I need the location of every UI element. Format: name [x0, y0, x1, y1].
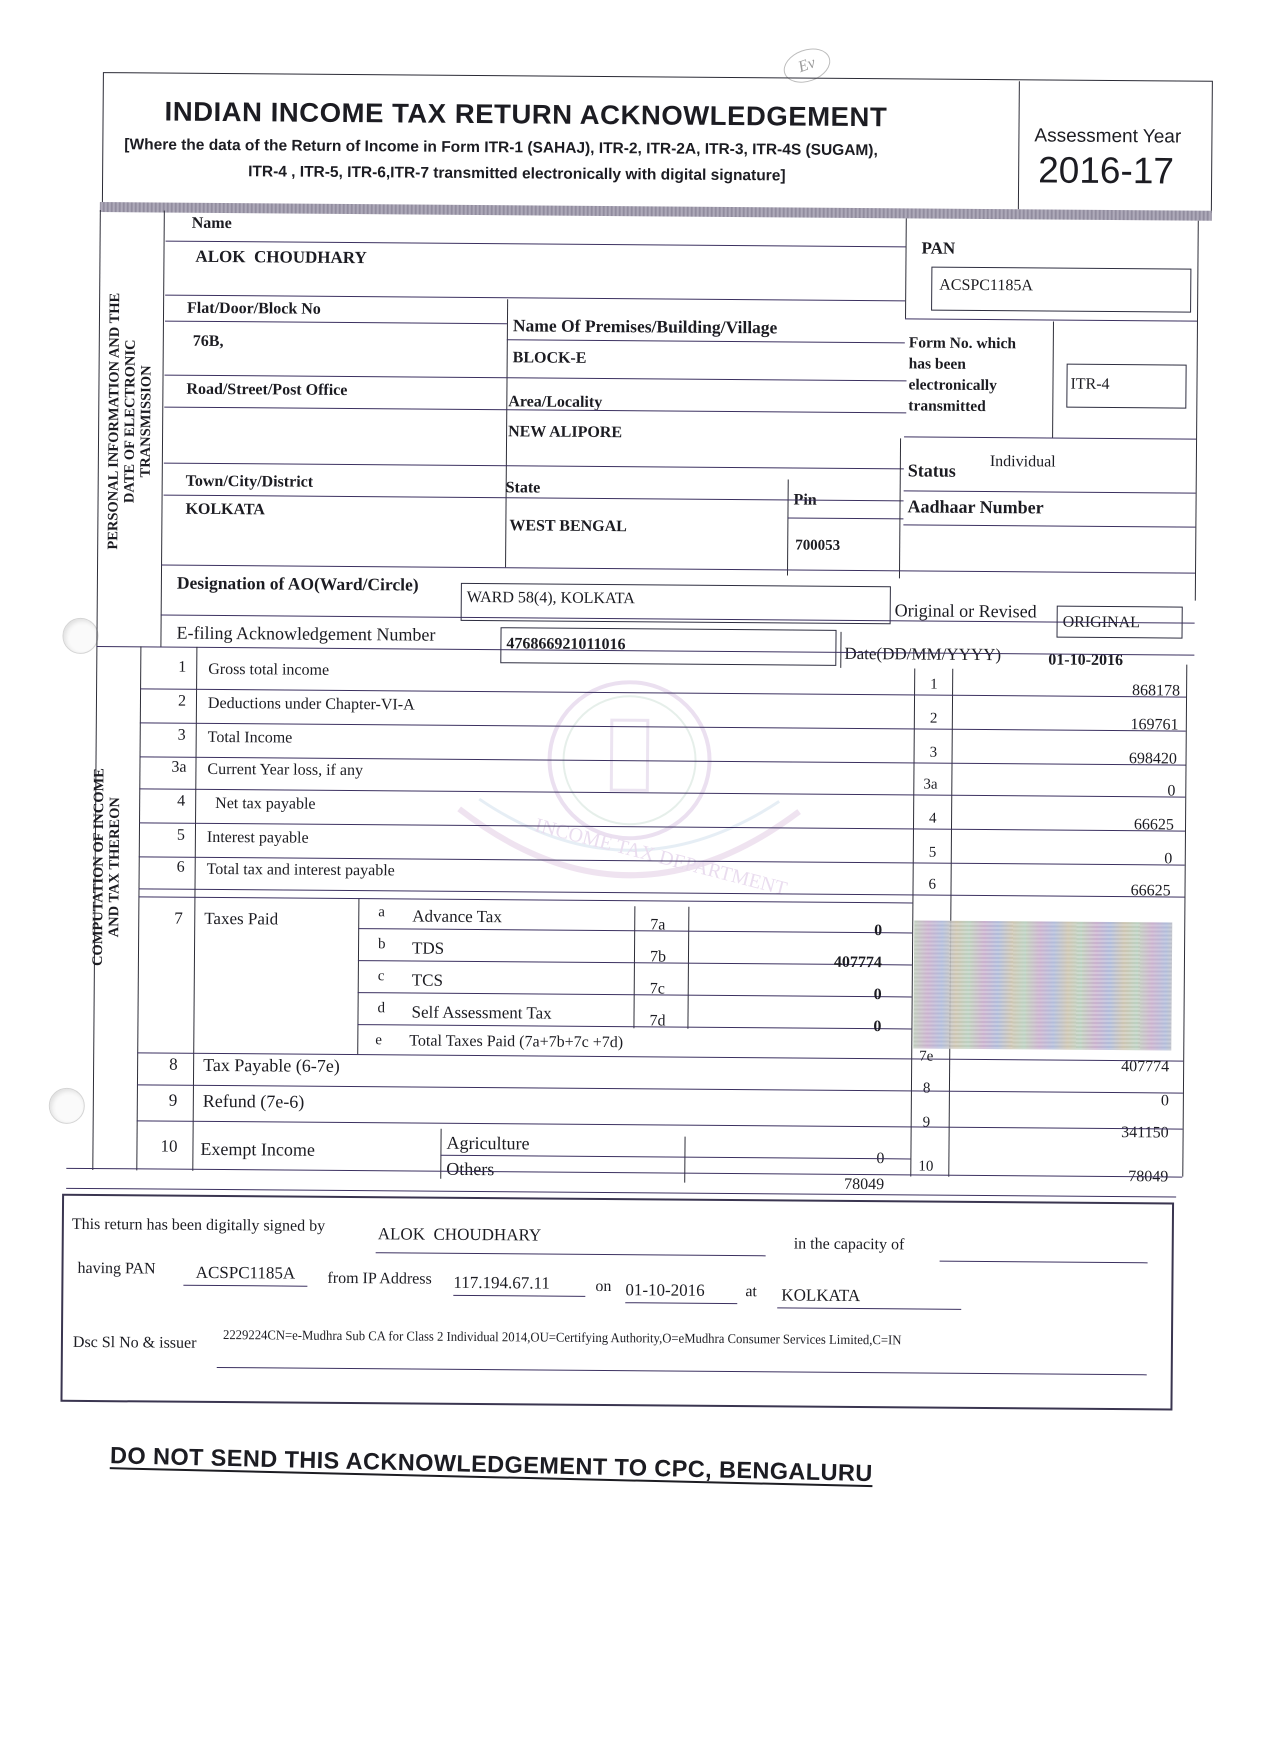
tax-payable-number: 8 — [169, 1055, 178, 1075]
ack-date-label: Date(DD/MM/YYYY) — [844, 644, 1001, 665]
computation-row-label: Net tax payable — [215, 795, 316, 814]
computation-row-ref: 4 — [929, 811, 937, 828]
town-label: Town/City/District — [186, 473, 314, 492]
status-label: Status — [908, 460, 956, 481]
flat-value: 76B, — [193, 333, 224, 351]
taxes-paid-total-label: Total Taxes Paid (7a+7b+7c +7d) — [409, 1033, 623, 1053]
computation-row-number: 2 — [178, 693, 186, 711]
punch-hole-bottom — [49, 1088, 85, 1124]
computation-row-number: 3 — [178, 727, 186, 745]
side-label-computation: COMPUTATION OF INCOME AND TAX THEREON — [90, 742, 124, 992]
computation-row-ref: 1 — [930, 677, 938, 694]
taxes-paid-item-label: Self Assessment Tax — [411, 1003, 551, 1024]
taxes-paid-items: aAdvance Tax7a0bTDS7b407774cTCS7c0dSelf … — [6, 0, 1264, 5]
ip-address-label: from IP Address — [327, 1270, 431, 1289]
town-value: KOLKATA — [185, 501, 265, 520]
original-revised-label: Original or Revised — [895, 600, 1037, 622]
row-line — [161, 565, 1195, 574]
state-value: WEST BENGAL — [509, 517, 627, 536]
form-no-divider — [1052, 322, 1054, 438]
computation-row-value: 0 — [1167, 782, 1175, 800]
taxes-paid-item-letter: a — [378, 904, 385, 921]
computation-right-border — [1182, 665, 1187, 1177]
taxes-paid-item-ref: 7d — [649, 1012, 665, 1030]
row-line — [138, 888, 1184, 897]
ao-value: WARD 58(4), KOLKATA — [467, 589, 635, 608]
on-label: on — [595, 1278, 611, 1296]
exempt-label: Exempt Income — [200, 1139, 315, 1161]
outer-left-border — [92, 210, 101, 1170]
assessment-year-value: 2016-17 — [1038, 149, 1174, 192]
form-no-label: Form No. which has been electronically t… — [908, 332, 1049, 417]
computation-row-value: 66625 — [1134, 816, 1174, 834]
refund-label: Refund (7e-6) — [203, 1091, 305, 1113]
ack-number-value: 476866921011016 — [506, 635, 625, 654]
taxes-paid-ref-divider-right — [687, 907, 689, 1029]
tax-payable-value: 0 — [1161, 1092, 1169, 1110]
row-line — [137, 1120, 1183, 1129]
computation-row-label: Total tax and interest payable — [207, 861, 395, 880]
computation-row-number: 6 — [177, 859, 185, 877]
taxes-paid-item-value: 407774 — [718, 953, 882, 972]
status-value: Individual — [990, 453, 1056, 472]
at-label: at — [745, 1283, 757, 1301]
ack-number-label: E-filing Acknowledgement Number — [176, 623, 435, 646]
pin-value: 700053 — [795, 538, 840, 555]
ao-label: Designation of AO(Ward/Circle) — [177, 573, 419, 596]
computation-rows: 1Gross total income18681782Deductions un… — [6, 0, 1264, 5]
taxes-paid-item-ref: 7b — [650, 948, 666, 966]
pan-value: ACSPC1185A — [939, 277, 1033, 296]
capacity-value — [940, 1243, 1148, 1264]
pin-divider — [787, 479, 789, 575]
date-divider — [840, 632, 841, 668]
row-line — [138, 896, 912, 903]
taxes-paid-item-value: 0 — [718, 985, 882, 1004]
name-value: ALOK CHOUDHARY — [195, 247, 366, 268]
computation-row-label: Gross total income — [208, 661, 329, 680]
signature-pan-value: ACSPC1185A — [183, 1263, 307, 1287]
taxes-paid-ref-divider-left — [633, 906, 635, 1028]
hologram-seal — [913, 920, 1172, 1050]
exempt-agriculture-label: Agriculture — [446, 1133, 529, 1155]
taxes-paid-item-letter: b — [378, 936, 386, 953]
computation-row-number: 5 — [177, 827, 185, 845]
aadhaar-label: Aadhaar Number — [907, 496, 1043, 518]
taxes-paid-item-label: TDS — [412, 939, 444, 959]
taxes-paid-item-ref: 7c — [650, 980, 665, 998]
computation-row-value: 868178 — [1132, 682, 1180, 700]
computation-row-ref: 6 — [928, 877, 936, 894]
signed-by-label: This return has been digitally signed by — [72, 1216, 325, 1236]
taxes-paid-item-letter: d — [378, 1000, 386, 1017]
computation-row-ref: 3 — [930, 745, 938, 762]
pan-label: PAN — [921, 239, 955, 259]
capacity-label: in the capacity of — [794, 1236, 905, 1255]
taxes-paid-total-letter: e — [375, 1032, 382, 1049]
taxes-paid-label: Taxes Paid — [204, 909, 278, 930]
taxes-paid-item-value: 0 — [718, 921, 882, 940]
do-not-send-note: DO NOT SEND THIS ACKNOWLEDGEMENT TO CPC,… — [110, 1442, 873, 1487]
total-taxes-value: 407774 — [1121, 1058, 1169, 1076]
computation-row-label: Deductions under Chapter-VI-A — [208, 695, 415, 715]
exempt-ref: 10 — [918, 1159, 933, 1176]
side-label-personal-information: PERSONAL INFORMATION AND THE DATE OF ELE… — [105, 276, 155, 566]
tax-payable-label: Tax Payable (6-7e) — [203, 1055, 340, 1077]
computation-row-value: 0 — [1164, 850, 1172, 868]
outer-right-border — [1195, 221, 1199, 601]
exempt-value-divider — [684, 1137, 685, 1183]
road-label: Road/Street/Post Office — [186, 381, 347, 400]
signature-place-value: KOLKATA — [777, 1285, 961, 1309]
computation-row-ref: 5 — [929, 845, 937, 862]
taxes-paid-item-label: TCS — [412, 971, 443, 991]
premises-value: BLOCK-E — [513, 349, 587, 368]
signed-by-value: ALOK CHOUDHARY — [376, 1224, 766, 1256]
computation-row-number: 1 — [178, 659, 186, 677]
computation-row-label: Interest payable — [207, 829, 309, 848]
computation-row-label: Current Year loss, if any — [207, 761, 363, 780]
taxes-paid-item-letter: c — [378, 968, 385, 985]
side-label-divider-top — [160, 211, 164, 647]
computation-row-value: 169761 — [1130, 716, 1178, 734]
row-line — [165, 375, 907, 382]
dsc-label: Dsc Sl No & issuer — [73, 1334, 197, 1353]
signature-date-value: 01-10-2016 — [625, 1280, 737, 1304]
document-title: INDIAN INCOME TAX RETURN ACKNOWLEDGEMENT — [164, 97, 887, 134]
row-number-divider — [192, 647, 197, 1171]
refund-number: 9 — [169, 1091, 178, 1111]
row-line — [66, 1168, 1182, 1178]
row-line — [165, 321, 507, 325]
pan-divider — [905, 218, 907, 318]
computation-row-ref: 3a — [923, 777, 937, 794]
refund-ref: 9 — [923, 1115, 931, 1132]
row-line — [140, 722, 1186, 731]
having-pan-label: having PAN — [77, 1260, 155, 1279]
row-line — [164, 463, 904, 470]
aadhaar-divider — [899, 438, 901, 578]
row-line — [905, 318, 1197, 321]
name-label: Name — [192, 215, 232, 233]
ip-address-value: 117.194.67.11 — [453, 1273, 585, 1297]
exempt-others-label: Others — [446, 1159, 494, 1180]
computation-row-value: 66625 — [1131, 882, 1171, 900]
computation-row-label: Total Income — [208, 729, 293, 748]
tax-payable-ref: 8 — [923, 1081, 931, 1098]
exempt-others-value: 78049 — [816, 1176, 884, 1195]
computation-row-value: 698420 — [1129, 750, 1177, 768]
row-line — [787, 517, 903, 519]
row-line — [904, 436, 1196, 439]
flat-label: Flat/Door/Block No — [187, 300, 321, 319]
acknowledgement-page: Ev INDIAN INCOME TAX RETURN ACKNOWLEDGEM… — [0, 0, 1264, 1752]
computation-side-divider — [136, 646, 141, 1170]
premises-label: Name Of Premises/Building/Village — [513, 315, 778, 338]
total-taxes-ref: 7e — [919, 1049, 933, 1066]
taxes-paid-number: 7 — [174, 909, 183, 929]
computation-row-number: 3a — [171, 759, 186, 777]
row-line — [166, 241, 906, 248]
form-no-value: ITR-4 — [1070, 376, 1109, 394]
state-label: State — [506, 479, 541, 497]
taxes-paid-item-label: Advance Tax — [412, 907, 502, 928]
row-line — [904, 490, 1196, 493]
taxes-paid-divider — [357, 898, 359, 1054]
taxes-paid-item-value: 0 — [717, 1017, 881, 1036]
computation-row-number: 4 — [177, 793, 185, 811]
punch-hole-top — [62, 618, 98, 654]
assessment-year-label: Assessment Year — [1034, 125, 1181, 148]
row-line — [507, 339, 905, 343]
computation-row-ref: 2 — [930, 711, 938, 728]
refund-value: 341150 — [1121, 1124, 1169, 1142]
exempt-number: 10 — [160, 1137, 177, 1157]
row-line — [903, 524, 1195, 527]
taxes-paid-item-ref: 7a — [650, 916, 665, 934]
area-value: NEW ALIPORE — [508, 423, 622, 442]
